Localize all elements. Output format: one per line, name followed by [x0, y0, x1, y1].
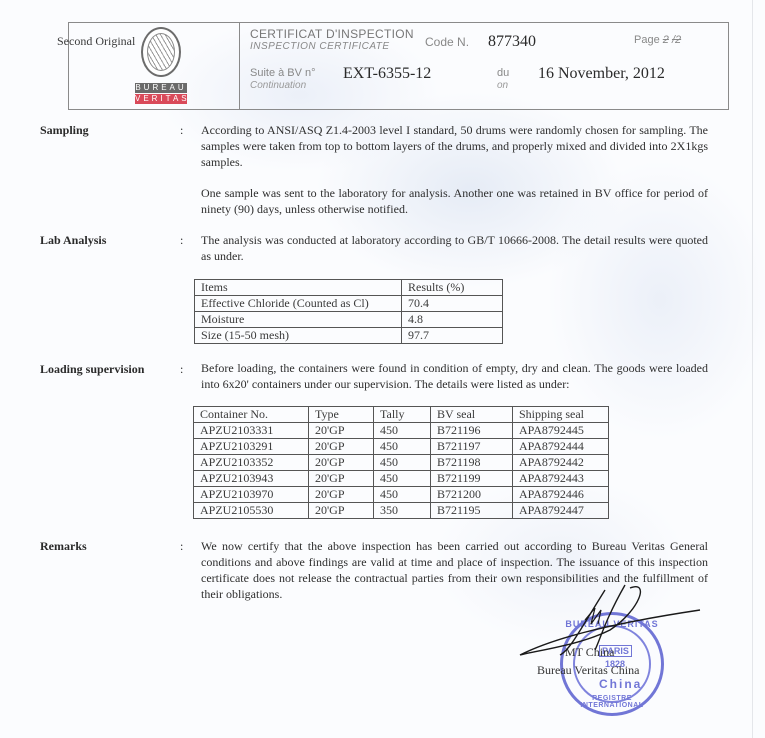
table-cell: 20'GP	[309, 471, 374, 487]
column-header: Shipping seal	[513, 407, 609, 423]
sampling-paragraph-1: According to ANSI/ASQ Z1.4-2003 level I …	[201, 122, 708, 170]
table-cell: B721197	[431, 439, 513, 455]
date-label: du	[497, 67, 509, 79]
table-cell: 97.7	[402, 328, 503, 344]
lab-analysis-colon: :	[180, 233, 183, 248]
table-cell: APZU2103291	[194, 439, 309, 455]
table-cell: APZU2103970	[194, 487, 309, 503]
table-cell: Moisture	[195, 312, 402, 328]
column-header: Results (%)	[402, 280, 503, 296]
remarks-label: Remarks	[40, 539, 87, 554]
table-cell: APZU2105530	[194, 503, 309, 519]
container-table-row-header: Container No.TypeTallyBV sealShipping se…	[194, 407, 609, 423]
logo-veritas-text: VERITAS	[135, 94, 187, 104]
stamp-ring-bottom-text: REGISTRE INTERNATIONAL	[563, 695, 661, 709]
table-cell: 450	[374, 439, 431, 455]
table-cell: 20'GP	[309, 423, 374, 439]
bureau-veritas-logo: BUREAU VERITAS	[135, 27, 187, 107]
sampling-colon: :	[180, 123, 183, 138]
container-details-table: Container No.TypeTallyBV sealShipping se…	[193, 406, 609, 519]
table-cell: APZU2103352	[194, 455, 309, 471]
column-header: Items	[195, 280, 402, 296]
table-cell: 450	[374, 423, 431, 439]
table-cell: APA8792445	[513, 423, 609, 439]
table-cell: APA8792442	[513, 455, 609, 471]
header-divider	[239, 23, 240, 109]
container-table-row: APZU210333120'GP450B721196APA8792445	[194, 423, 609, 439]
copy-label: Second Original	[57, 34, 135, 49]
page-edge-line	[752, 0, 753, 738]
table-cell: Effective Chloride (Counted as Cl)	[195, 296, 402, 312]
page-indicator: Page 2 /2	[634, 34, 681, 46]
code-label: Code N.	[425, 35, 469, 49]
lab-analysis-paragraph: The analysis was conducted at laboratory…	[201, 232, 708, 264]
certificate-title-en: INSPECTION CERTIFICATE	[250, 41, 390, 52]
table-cell: APA8792446	[513, 487, 609, 503]
table-cell: B721196	[431, 423, 513, 439]
loading-supervision-label: Loading supervision	[40, 362, 144, 377]
loading-supervision-colon: :	[180, 362, 183, 377]
container-table-row: APZU210329120'GP450B721197APA8792444	[194, 439, 609, 455]
table-cell: APA8792444	[513, 439, 609, 455]
table-cell: 70.4	[402, 296, 503, 312]
table-cell: 20'GP	[309, 455, 374, 471]
column-header: Type	[309, 407, 374, 423]
table-cell: B721195	[431, 503, 513, 519]
page-total: 2	[675, 34, 681, 46]
table-cell: B721199	[431, 471, 513, 487]
continuation-number: EXT-6355-12	[343, 65, 431, 83]
table-cell: 4.8	[402, 312, 503, 328]
code-number: 877340	[488, 33, 536, 51]
table-cell: APA8792443	[513, 471, 609, 487]
table-cell: 20'GP	[309, 487, 374, 503]
stamp-country: China	[599, 677, 642, 691]
table-cell: Size (15-50 mesh)	[195, 328, 402, 344]
table-cell: 450	[374, 471, 431, 487]
column-header: Tally	[374, 407, 431, 423]
logo-emblem-inner-icon	[147, 33, 175, 71]
container-table-row: APZU210397020'GP450B721200APA8792446	[194, 487, 609, 503]
continuation-label: Suite à BV n°	[250, 67, 316, 79]
handwritten-signature-icon	[510, 580, 710, 660]
lab-table-row-header: ItemsResults (%)	[195, 280, 503, 296]
table-cell: 450	[374, 487, 431, 503]
table-cell: 350	[374, 503, 431, 519]
remarks-colon: :	[180, 539, 183, 554]
sampling-label: Sampling	[40, 123, 89, 138]
page-current: 2	[663, 34, 669, 46]
container-table-row: APZU210553020'GP350B721195APA8792447	[194, 503, 609, 519]
certificate-title-fr: CERTIFICAT D'INSPECTION	[250, 27, 414, 41]
page-label: Page	[634, 34, 660, 46]
column-header: BV seal	[431, 407, 513, 423]
container-table-row: APZU210335220'GP450B721198APA8792442	[194, 455, 609, 471]
signatory-organization: Bureau Veritas China	[537, 663, 639, 678]
table-cell: APZU2103331	[194, 423, 309, 439]
certificate-date: 16 November, 2012	[538, 65, 665, 83]
column-header: Container No.	[194, 407, 309, 423]
table-cell: 20'GP	[309, 503, 374, 519]
lab-table-row: Effective Chloride (Counted as Cl)70.4	[195, 296, 503, 312]
lab-results-table: ItemsResults (%)Effective Chloride (Coun…	[194, 279, 503, 344]
lab-analysis-label: Lab Analysis	[40, 233, 106, 248]
container-table-row: APZU210394320'GP450B721199APA8792443	[194, 471, 609, 487]
loading-supervision-paragraph: Before loading, the containers were foun…	[201, 360, 708, 392]
table-cell: APA8792447	[513, 503, 609, 519]
lab-table-row: Moisture4.8	[195, 312, 503, 328]
table-cell: 20'GP	[309, 439, 374, 455]
sampling-paragraph-2: One sample was sent to the laboratory fo…	[201, 185, 708, 217]
lab-table-row: Size (15-50 mesh)97.7	[195, 328, 503, 344]
date-sublabel: on	[497, 80, 508, 91]
continuation-sublabel: Continuation	[250, 80, 306, 91]
table-cell: APZU2103943	[194, 471, 309, 487]
table-cell: B721200	[431, 487, 513, 503]
table-cell: B721198	[431, 455, 513, 471]
table-cell: 450	[374, 455, 431, 471]
logo-bureau-text: BUREAU	[135, 83, 187, 93]
